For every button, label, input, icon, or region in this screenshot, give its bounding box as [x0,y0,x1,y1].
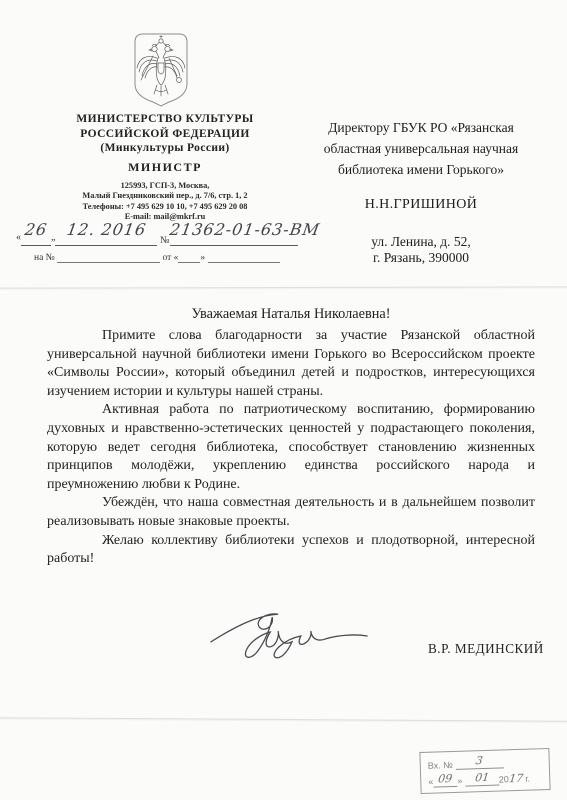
stamp-incoming-label: Вх. № [428,760,453,771]
handwritten-stamp-day: 09 [437,772,453,785]
reply-close-quote: » [200,253,205,263]
paragraph: Желаю коллективу библиотеки успехов и пл… [47,532,535,569]
stamp-close-quote: » [457,776,462,786]
incoming-stamp: Вх. № 3 «09» 012017 г. [419,748,550,794]
ministry-line: МИНИСТЕРСТВО КУЛЬТУРЫ [35,112,295,127]
reply-reference-line: на № от «» [34,252,324,263]
signer-name: В.Р. МЕДИНСКИЙ [428,641,544,657]
salutation: Уважаемая Наталья Николаевна! [47,306,535,323]
address-line: Телефоны: +7 495 629 10 10, +7 495 629 2… [20,202,310,212]
recipient-name: Н.Н.ГРИШИНОЙ [312,197,530,213]
ministry-name: МИНИСТЕРСТВО КУЛЬТУРЫ РОССИЙСКОЙ ФЕДЕРАЦ… [35,112,295,156]
paper-fold-line [0,286,567,288]
address-line: 125993, ГСП-3, Москва, [20,181,310,191]
handwritten-month-year: 12. 2016 [65,220,147,239]
handwritten-incoming-number: 3 [475,754,484,767]
stamp-year-unit: г. [525,774,530,784]
handwritten-outgoing-number: 21362-01-63-ВМ [168,220,321,239]
recipient-block: Директору ГБУК РО «Рязанская областная у… [312,117,530,266]
handwritten-stamp-year: 17 [508,772,524,785]
paragraph: Примите слова благодарности за участие Р… [47,327,535,401]
reply-prefix: на № [34,253,55,263]
recipient-address-line: ул. Ленина, д. 52, [312,234,530,250]
letterhead-address: 125993, ГСП-3, Москва, Малый Гнездниковс… [20,181,310,222]
handwritten-day: 26 [23,220,48,239]
recipient-org-line: библиотека имени Горького» [312,159,530,180]
letter-body: Примите слова благодарности за участие Р… [47,327,535,569]
recipient-address-line: г. Рязань, 390000 [312,250,530,266]
position-title: МИНИСТР [35,160,295,175]
address-line: Малый Гнездниковский пер., д. 7/6, стр. … [20,191,310,201]
scanned-letter-page: МИНИСТЕРСТВО КУЛЬТУРЫ РОССИЙСКОЙ ФЕДЕРАЦ… [0,0,567,800]
reply-from: от « [163,253,179,263]
recipient-org-line: областная универсальная научная [312,138,530,159]
ministry-line: (Минкультуры России) [35,141,295,156]
ministry-line: РОССИЙСКОЙ ФЕДЕРАЦИИ [35,127,295,142]
paragraph: Активная работа по патриотическому воспи… [47,401,535,494]
handwritten-stamp-month: 01 [474,771,490,784]
russian-coat-of-arms-icon [127,30,195,108]
outgoing-reference-line: «26„12. 2016 №21362-01-63-ВМ [16,220,326,250]
paragraph: Убеждён, что наша совместная деятельност… [47,494,535,531]
paper-fold-line [0,717,567,722]
signature-autograph-icon [205,600,373,664]
stamp-year-prefix: 20 [499,774,509,784]
recipient-org-line: Директору ГБУК РО «Рязанская [312,117,530,138]
